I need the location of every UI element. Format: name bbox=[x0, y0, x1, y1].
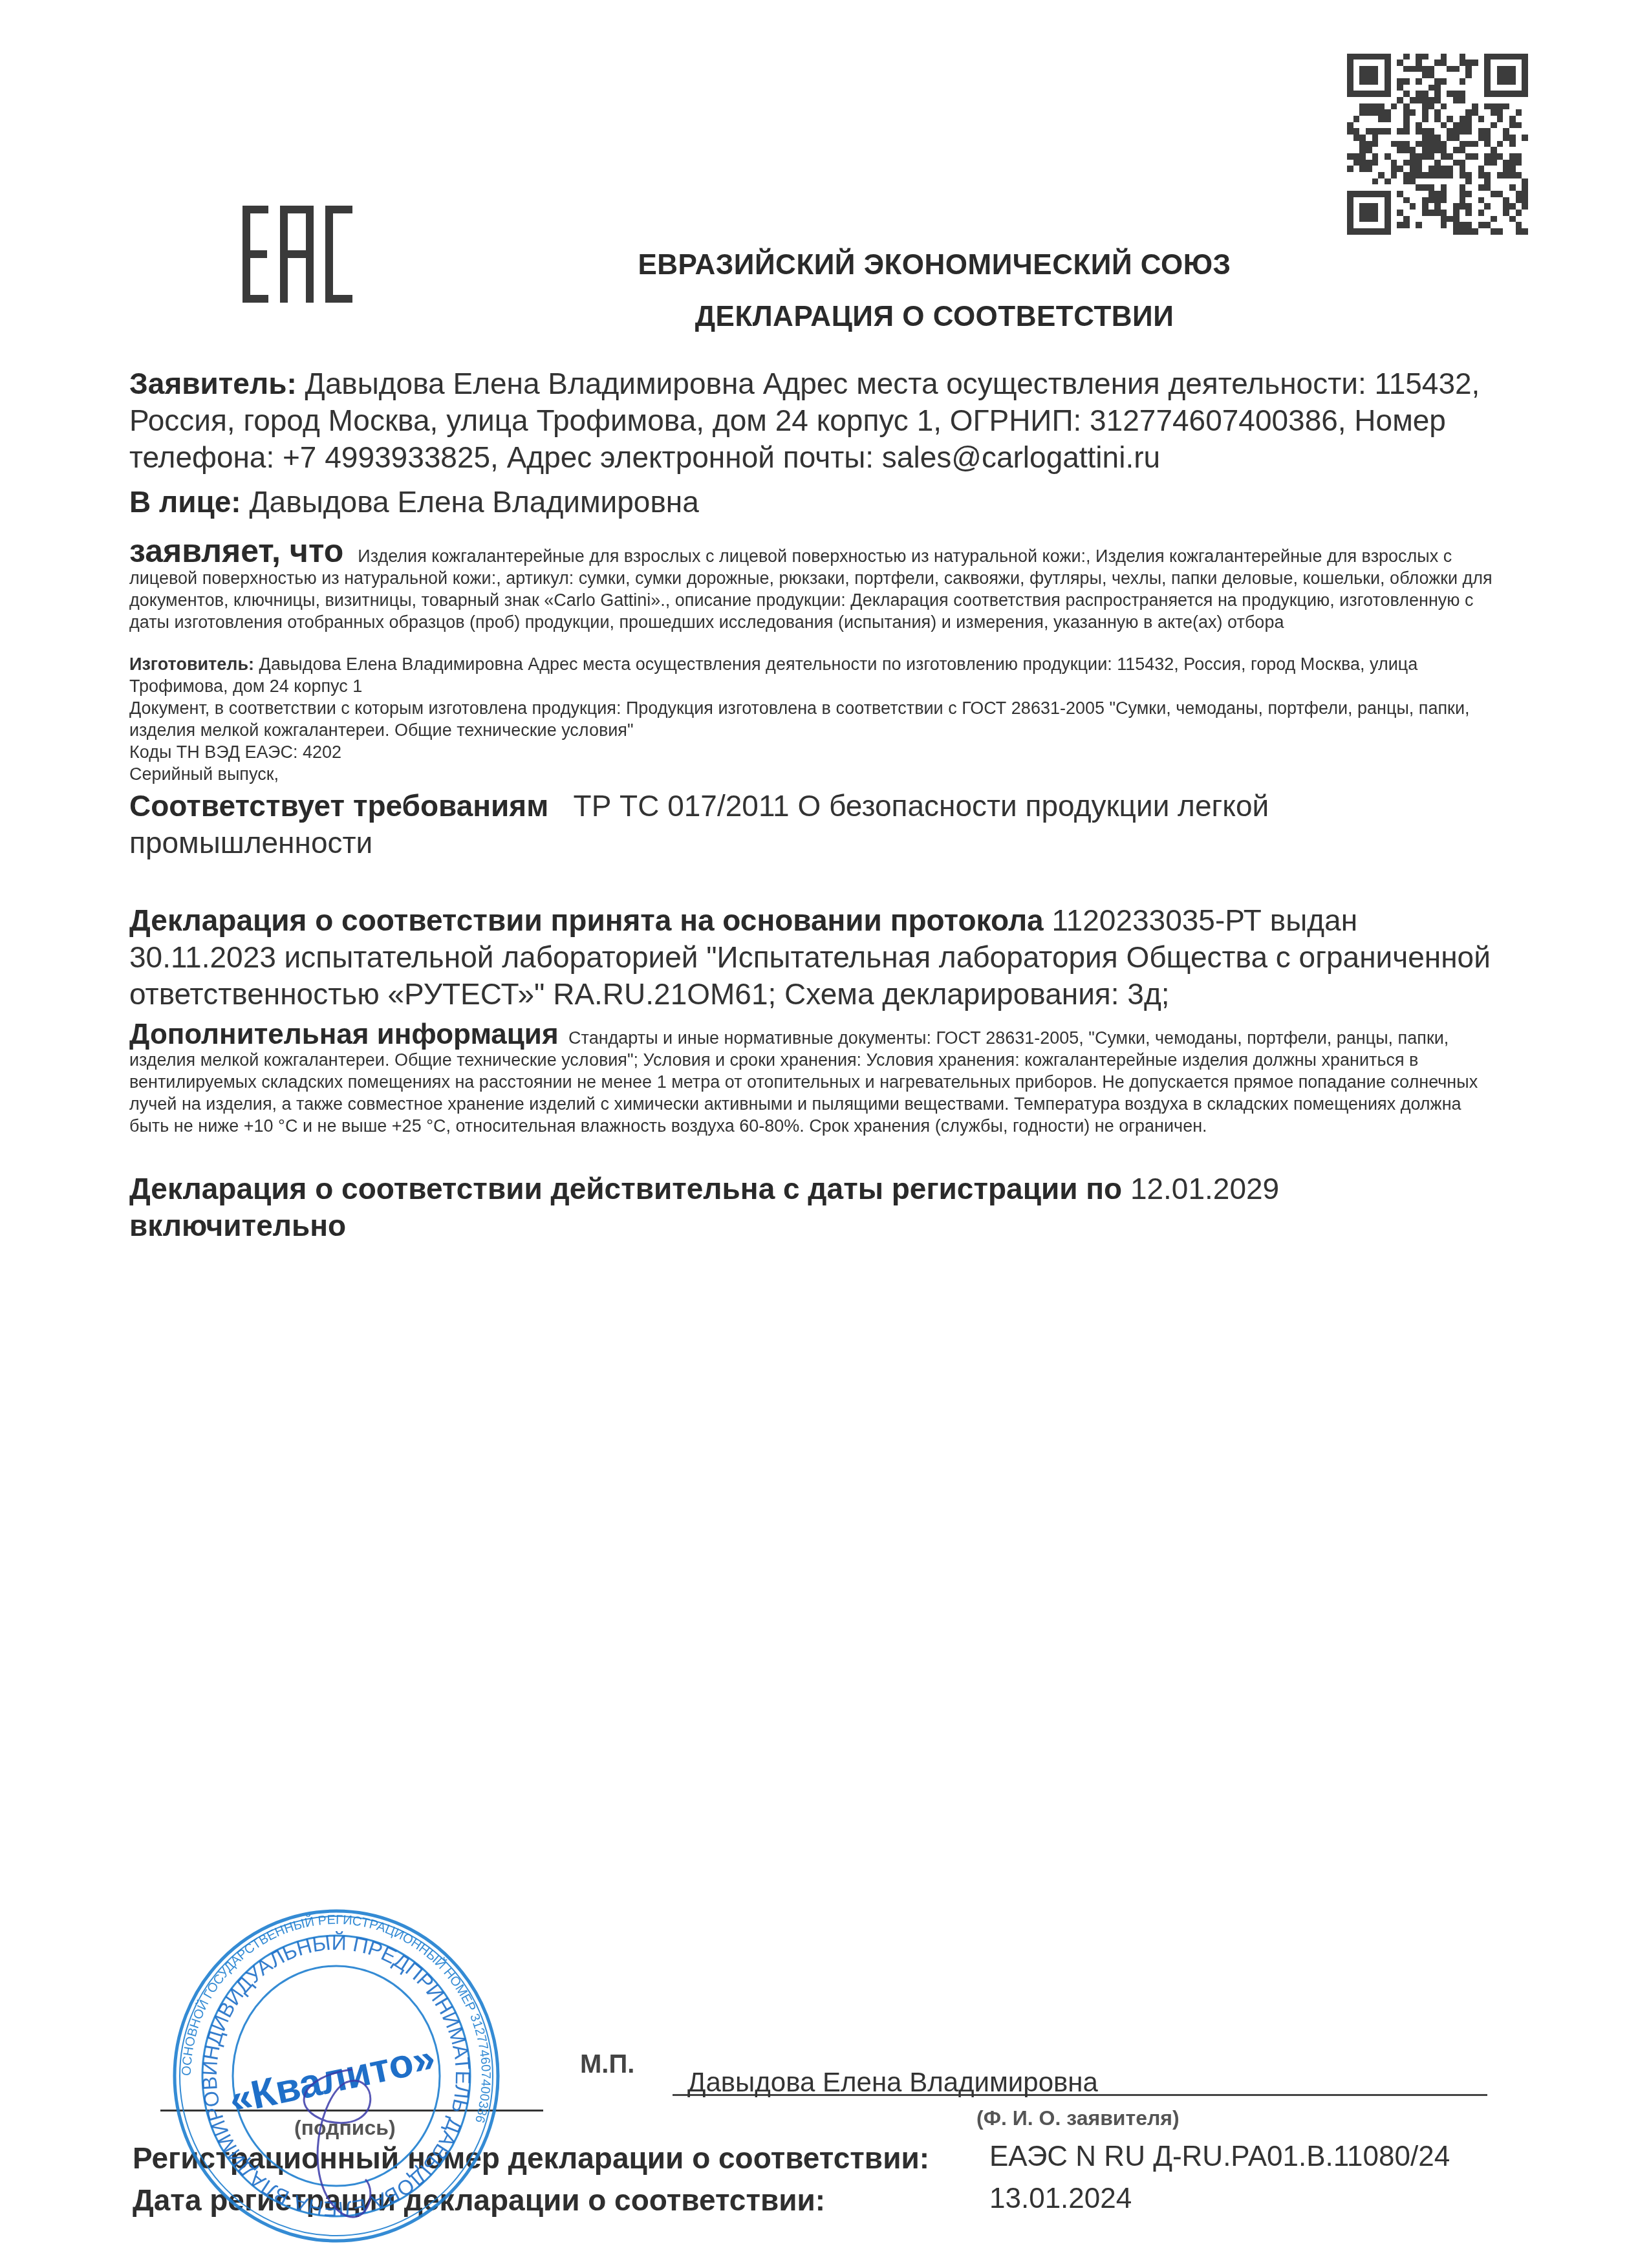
release-type: Серийный выпуск, bbox=[129, 763, 1500, 785]
stamp-center-text: «Квалито» bbox=[225, 2035, 439, 2122]
validity-date: 12.01.2029 bbox=[1130, 1172, 1279, 1205]
signer-name: Давыдова Елена Владимировна bbox=[687, 2067, 1098, 2098]
validity-section: Декларация о соответствии действительна … bbox=[129, 1171, 1306, 1244]
declares-section: заявляет, чтоИзделия кожгалантерейные дл… bbox=[129, 538, 1500, 633]
registration-date: 13.01.2024 bbox=[989, 2183, 1132, 2215]
qr-code-icon bbox=[1347, 52, 1528, 236]
representative-label: В лице: bbox=[129, 485, 241, 519]
validity-suffix: включительно bbox=[129, 1209, 346, 1242]
document-title: ДЕКЛАРАЦИЯ О СООТВЕТСТВИИ bbox=[110, 301, 1649, 333]
additional-info-label: Дополнительная информация bbox=[129, 1019, 559, 1050]
protocol-section: Декларация о соответствии принята на осн… bbox=[129, 902, 1500, 1013]
representative-name: Давыдова Елена Владимировна bbox=[249, 485, 698, 519]
company-stamp-icon: ОСНОВНОЙ ГОСУДАРСТВЕННЫЙ РЕГИСТРАЦИОННЫЙ… bbox=[171, 1908, 501, 2244]
declares-label: заявляет, что bbox=[129, 533, 343, 569]
validity-label: Декларация о соответствии действительна … bbox=[129, 1172, 1122, 1205]
applicant-label: Заявитель: bbox=[129, 367, 297, 400]
manufacturer-text: Давыдова Елена Владимировна Адрес места … bbox=[129, 654, 1417, 696]
applicant-text: Давыдова Елена Владимировна Адрес места … bbox=[129, 367, 1480, 474]
representative-section: В лице: Давыдова Елена Владимировна bbox=[129, 484, 1500, 521]
additional-info-section: Дополнительная информация Стандарты и ин… bbox=[129, 1022, 1500, 1137]
manufacturer-label: Изготовитель: bbox=[129, 654, 254, 674]
conformity-section: Соответствует требованиям ТР ТС 017/2011… bbox=[129, 788, 1306, 861]
manufacturer-section: Изготовитель: Давыдова Елена Владимировн… bbox=[129, 653, 1500, 785]
hs-codes: Коды ТН ВЭД ЕАЭС: 4202 bbox=[129, 741, 1500, 763]
seal-mark: М.П. bbox=[580, 2050, 634, 2079]
union-title: ЕВРАЗИЙСКИЙ ЭКОНОМИЧЕСКИЙ СОЮЗ bbox=[110, 249, 1649, 281]
protocol-label: Декларация о соответствии принята на осн… bbox=[129, 903, 1044, 937]
manufacturing-document: Документ, в соответствии с которым изгот… bbox=[129, 697, 1500, 741]
applicant-section: Заявитель: Давыдова Елена Владимировна А… bbox=[129, 365, 1500, 476]
name-caption: (Ф. И. О. заявителя) bbox=[976, 2106, 1180, 2130]
registration-number: ЕАЭС N RU Д-RU.РА01.В.11080/24 bbox=[989, 2141, 1450, 2173]
conformity-label: Соответствует требованиям bbox=[129, 789, 548, 823]
